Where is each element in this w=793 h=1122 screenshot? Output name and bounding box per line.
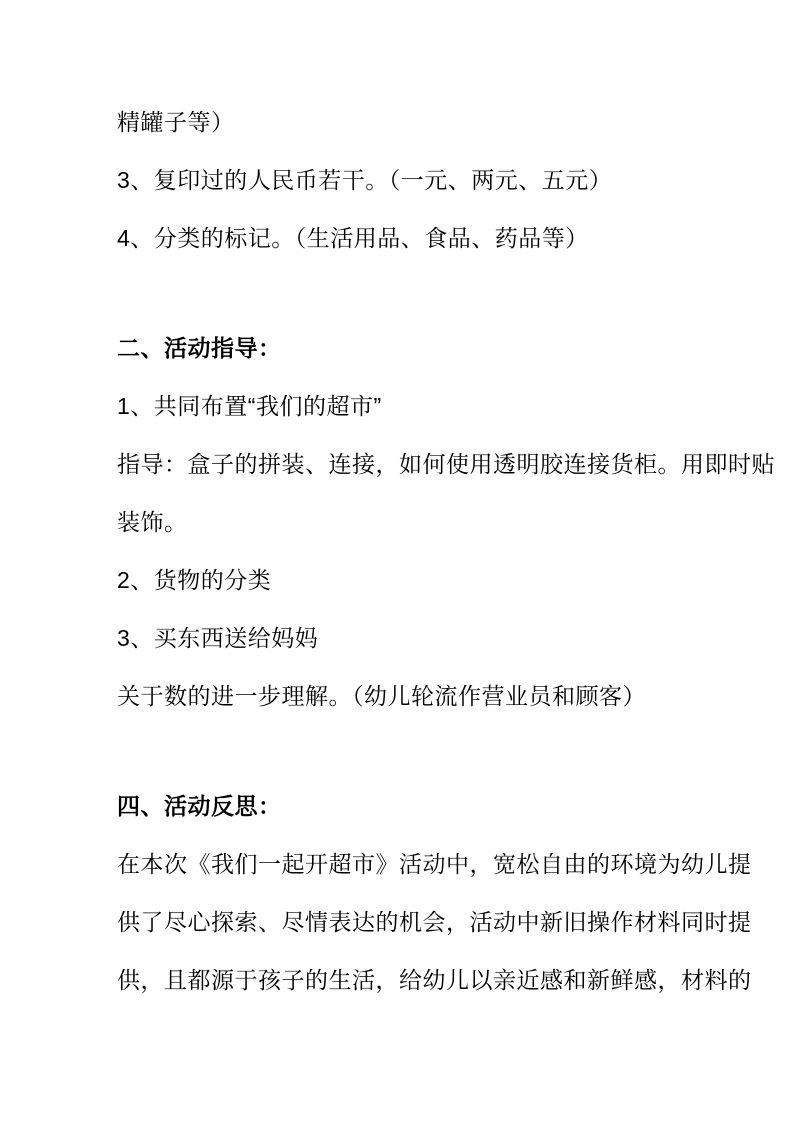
text-line-continuation: 精罐子等） (117, 93, 693, 151)
paragraph-guidance-line-1: 指导：盒子的拼装、连接，如何使用透明胶连接货柜。用即时贴 (117, 435, 693, 493)
paragraph-reflection-line-3: 供，且都源于孩子的生活，给幼儿以亲近感和新鲜感，材料的 (117, 951, 693, 1009)
section-heading-activity-reflection: 四、活动反思： (117, 777, 693, 835)
paragraph-guidance-line-2: 装饰。 (117, 493, 693, 551)
list-item-guidance-2: 2、货物的分类 (117, 551, 693, 609)
list-item-guidance-3: 3、买东西送给妈妈 (117, 609, 693, 667)
paragraph-reflection-line-2: 供了尽心探索、尽情表达的机会，活动中新旧操作材料同时提 (117, 893, 693, 951)
paragraph-reflection-line-1: 在本次《我们一起开超市》活动中，宽松自由的环境为幼儿提 (117, 835, 693, 893)
section-heading-activity-guidance: 二、活动指导： (117, 319, 693, 377)
document-page: 精罐子等） 3、复印过的人民币若干。（一元、两元、五元） 4、分类的标记。（生活… (0, 0, 793, 1122)
paragraph-number-understanding: 关于数的进一步理解。（幼儿轮流作营业员和顾客） (117, 667, 693, 725)
list-item-guidance-1: 1、共同布置“我们的超市” (117, 377, 693, 435)
list-item-materials-4: 4、分类的标记。（生活用品、食品、药品等） (117, 209, 693, 267)
list-item-materials-3: 3、复印过的人民币若干。（一元、两元、五元） (117, 151, 693, 209)
